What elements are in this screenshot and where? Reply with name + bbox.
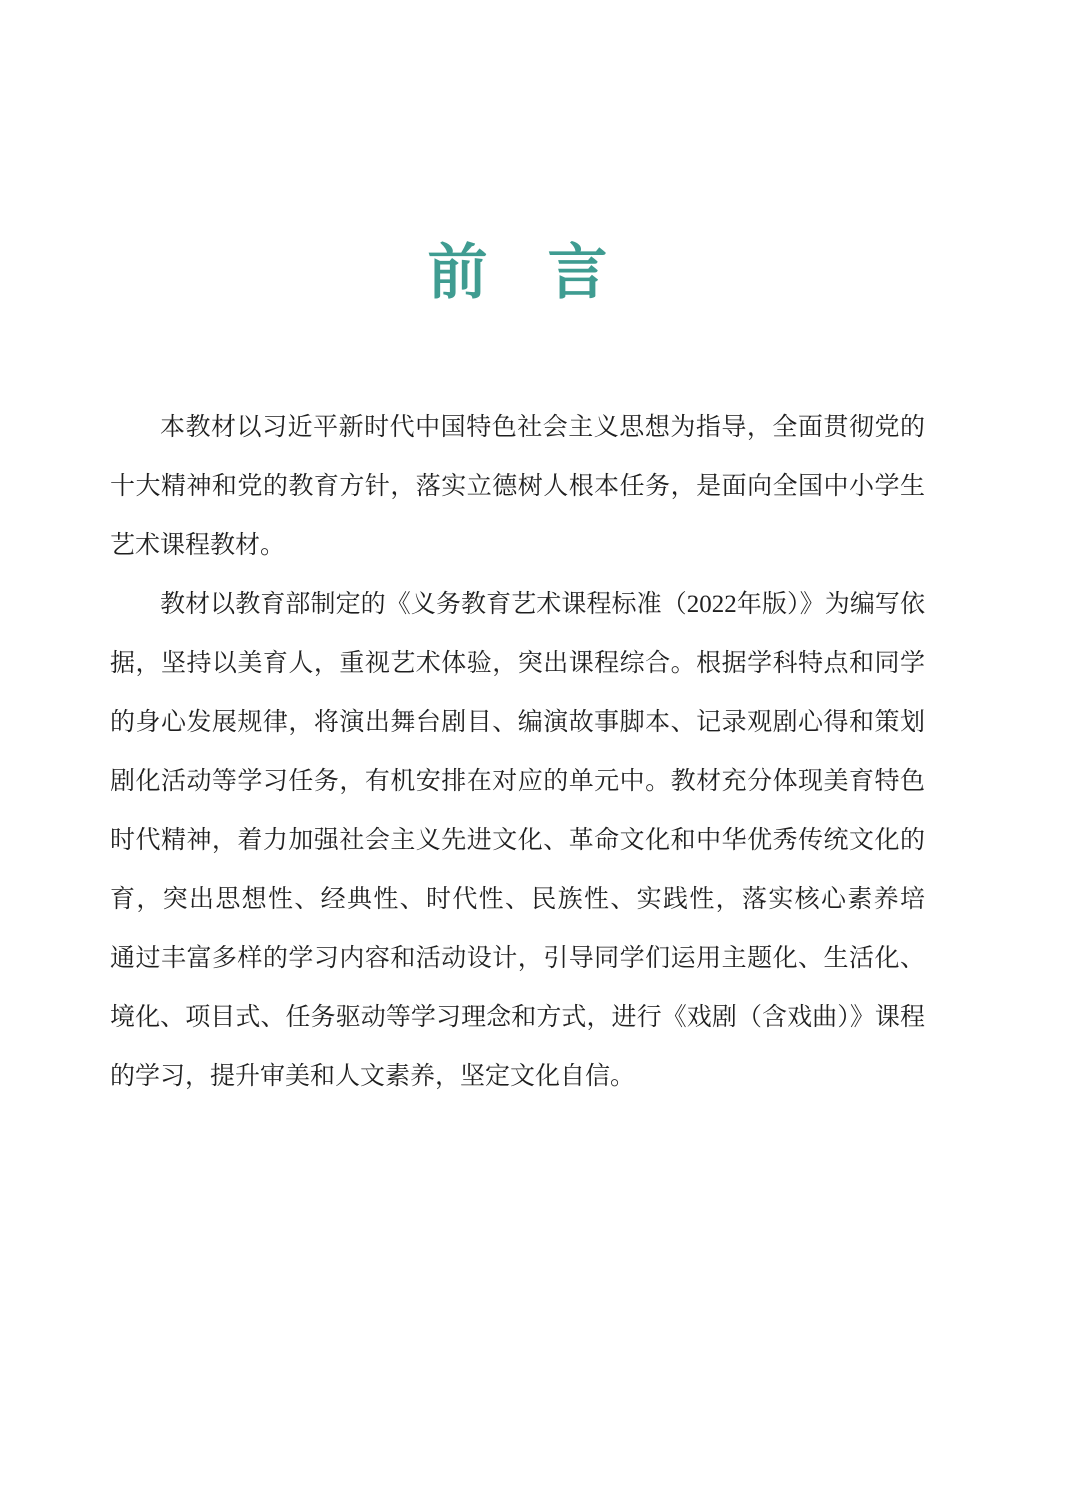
preface-body: 本教材以习近平新时代中国特色社会主义思想为指导，全面贯彻党的二 十大精神和党的教… (110, 398, 925, 1106)
text-line: 艺术课程教材。 (110, 516, 925, 575)
paragraph-2: 教材以教育部制定的《义务教育艺术课程标准（2022年版）》为编写依 据，坚持以美… (110, 575, 925, 1106)
text-line: 的身心发展规律，将演出舞台剧目、编演故事脚本、记录观剧心得和策划戏 (110, 693, 925, 752)
text-line: 的学习，提升审美和人文素养，坚定文化自信。 (110, 1047, 925, 1106)
text-line: 本教材以习近平新时代中国特色社会主义思想为指导，全面贯彻党的二 (110, 398, 925, 457)
text-line: 据，坚持以美育人，重视艺术体验，突出课程综合。根据学科特点和同学们 (110, 634, 925, 693)
text-line: 境化、项目式、任务驱动等学习理念和方式，进行《戏剧（含戏曲）》课程 (110, 988, 925, 1047)
preface-page: 前 言 本教材以习近平新时代中国特色社会主义思想为指导，全面贯彻党的二 十大精神… (0, 0, 1065, 1508)
text-line: 通过丰富多样的学习内容和活动设计，引导同学们运用主题化、生活化、情 (110, 929, 925, 988)
text-line: 剧化活动等学习任务，有机安排在对应的单元中。教材充分体现美育特色和 (110, 752, 925, 811)
page-title: 前 言 (110, 237, 925, 309)
text-line: 教材以教育部制定的《义务教育艺术课程标准（2022年版）》为编写依 (110, 575, 925, 634)
paragraph-1: 本教材以习近平新时代中国特色社会主义思想为指导，全面贯彻党的二 十大精神和党的教… (110, 398, 925, 575)
text-line: 时代精神，着力加强社会主义先进文化、革命文化和中华优秀传统文化的教 (110, 811, 925, 870)
text-line: 育，突出思想性、经典性、时代性、民族性、实践性，落实核心素养培育。 (110, 870, 925, 929)
text-line: 十大精神和党的教育方针，落实立德树人根本任务，是面向全国中小学生的 (110, 457, 925, 516)
